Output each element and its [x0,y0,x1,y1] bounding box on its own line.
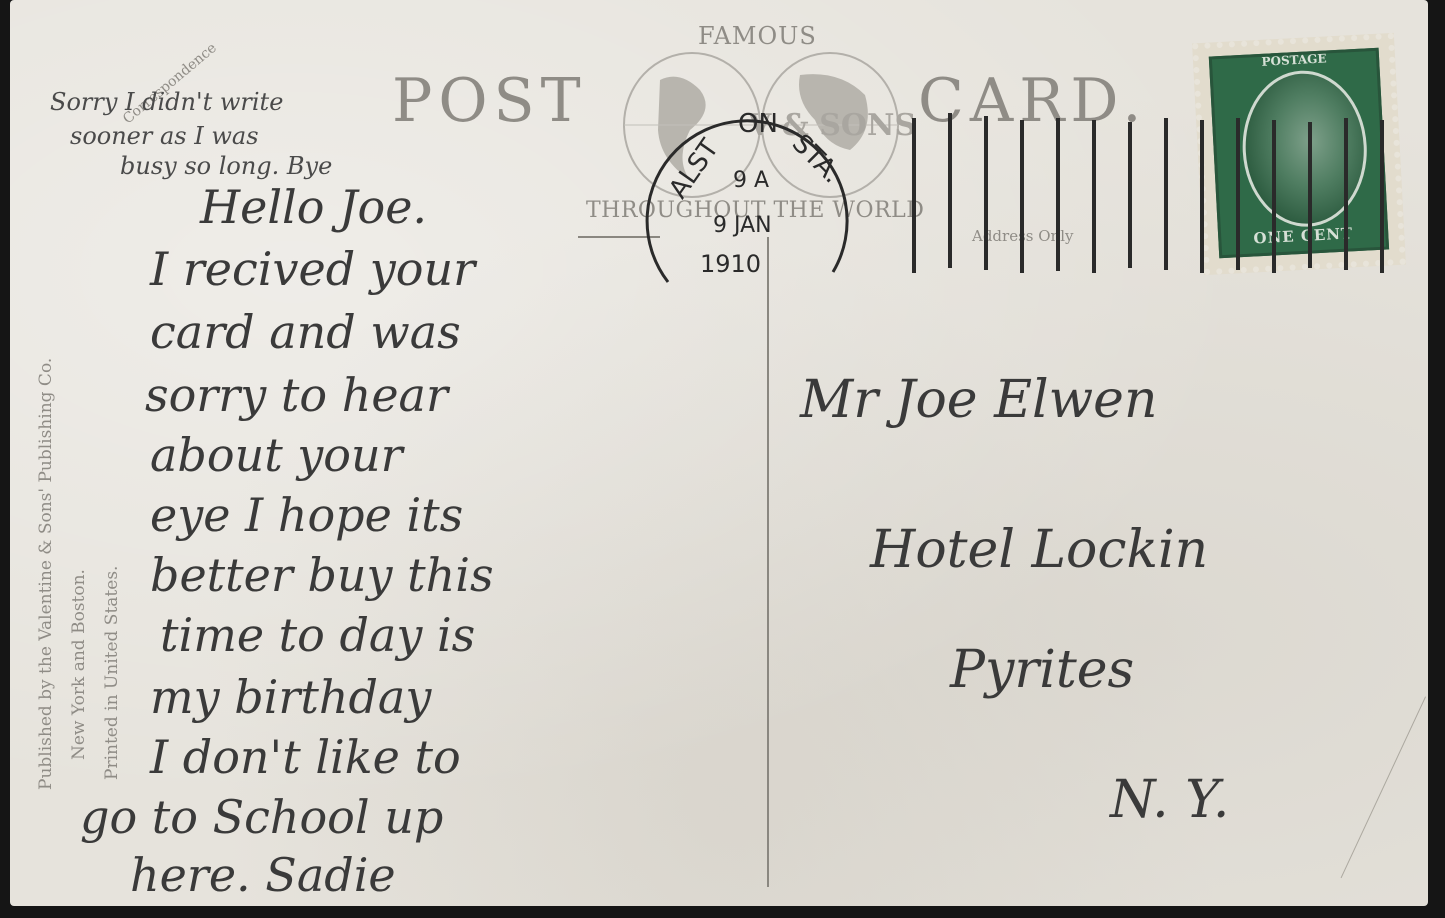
publisher-imprint: Published by the Valentine & Sons' Publi… [30,358,129,790]
message-line-6: eye I hope its [150,488,463,542]
post-heading: POST [392,66,587,136]
imprint-line-3: Printed in United States. [96,358,129,790]
imprint-line-1: Published by the Valentine & Sons' Publi… [30,358,63,790]
famous-heading: FAMOUS [698,22,817,50]
address-hotel: Hotel Lockin [870,520,1208,580]
svg-text:ALST: ALST [663,134,725,204]
message-line-2: I recived your [150,242,475,296]
message-line-8: time to day is [160,608,475,662]
message-line-7: better buy this [150,548,494,602]
svg-text:9 JAN: 9 JAN [713,213,772,238]
message-line-3: card and was [150,305,461,359]
message-line-1: Hello Joe. [200,180,427,234]
message-line-9: my birthday [150,670,431,724]
address-name: Mr Joe Elwen [800,370,1157,430]
paper-crease [1341,696,1428,903]
imprint-line-2: New York and Boston. [63,358,96,790]
postmark-circle-icon: ALST ON STA. 9 A 9 JAN [628,82,868,322]
postmark-year: 1910 [700,250,761,278]
message-line-4: sorry to hear [145,368,448,422]
svg-text:9 A: 9 A [733,168,769,193]
stamp-top-text: POSTAGE [1212,49,1377,72]
postcard: FAMOUS POST CARD. V & SONS THROUGHOUT TH… [10,0,1428,906]
message-line-5: about your [150,428,403,482]
message-line-11: go to School up [80,790,443,844]
scribble-line-3: busy so long. Bye [120,152,332,180]
address-state: N. Y. [1110,770,1229,830]
cancellation-bars-icon [908,108,1428,278]
message-line-10: I don't like to [150,730,461,784]
svg-text:ON: ON [738,109,778,139]
address-city: Pyrites [950,640,1134,700]
message-line-12: here. Sadie [130,848,396,902]
scribble-line-1: Sorry I didn't write [50,88,283,116]
center-divider-line [767,237,769,887]
scribble-line-2: sooner as I was [70,122,259,150]
